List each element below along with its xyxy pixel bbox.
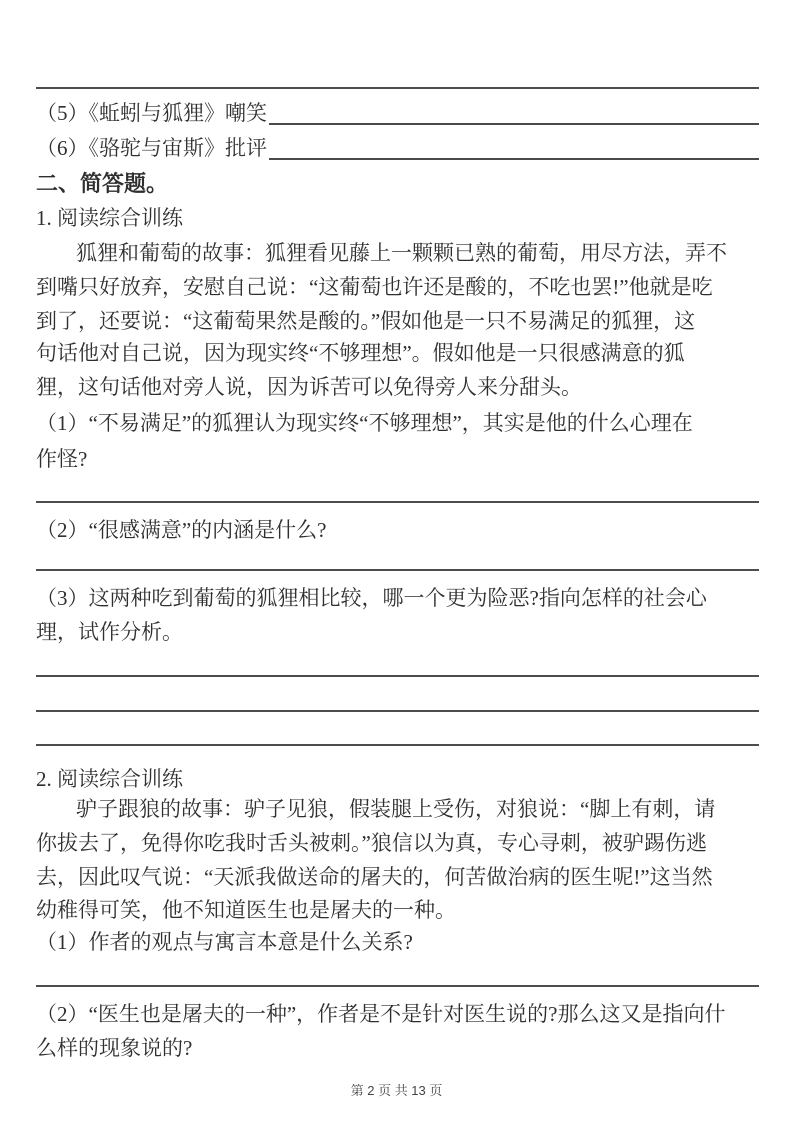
- passage-line: 驴子跟狼的故事：驴子见狼，假装腿上受伤，对狼说：“脚上有刺，请: [36, 792, 759, 827]
- passage-line: 到了，还要说：“这葡萄果然是酸的。”假如他是一只不易满足的狐狸，这: [36, 304, 759, 339]
- answer-line: [36, 710, 759, 712]
- question-line: （2）“很感满意”的内涵是什么?: [36, 513, 759, 548]
- fill-item-6-blank: [269, 131, 759, 160]
- answer-line: [36, 675, 759, 677]
- question-line: 作怪?: [36, 442, 759, 477]
- question-line: 么样的现象说的?: [36, 1031, 759, 1066]
- fill-item-5: （5）《蚯蚓与狐狸》嘲笑: [36, 96, 759, 131]
- page-number: 第 2 页 共 13 页: [0, 1080, 793, 1099]
- answer-line: [36, 501, 759, 503]
- fill-item-5-label: （5）《蚯蚓与狐狸》嘲笑: [36, 96, 267, 131]
- exercise-1-title: 1. 阅读综合训练: [36, 201, 759, 236]
- passage-line: 句话他对自己说，因为现实终“不够理想”。假如他是一只很感满意的狐: [36, 336, 759, 371]
- fill-item-6-label: （6）《骆驼与宙斯》批评: [36, 131, 267, 166]
- section-heading: 二、简答题。: [36, 166, 759, 201]
- question-line: （1）作者的观点与寓言本意是什么关系?: [36, 925, 759, 960]
- answer-line: [36, 744, 759, 746]
- question-line: （1）“不易满足”的狐狸认为现实终“不够理想”，其实是他的什么心理在: [36, 406, 759, 441]
- fill-item-5-blank: [269, 96, 759, 125]
- question-line: （3）这两种吃到葡萄的狐狸相比较，哪一个更为险恶?指向怎样的社会心: [36, 581, 759, 616]
- passage-line: 你拔去了，免得你吃我时舌头被刺。”狼信以为真，专心寻刺，被驴踢伤逃: [36, 826, 759, 861]
- passage-line: 幼稚得可笑，他不知道医生也是屠夫的一种。: [36, 893, 759, 928]
- fill-item-6: （6）《骆驼与宙斯》批评: [36, 131, 759, 166]
- passage-line: 狐狸和葡萄的故事：狐狸看见藤上一颗颗已熟的葡萄，用尽方法，弄不: [36, 236, 759, 271]
- answer-line: [36, 985, 759, 987]
- passage-line: 狸，这句话他对旁人说，因为诉苦可以免得旁人来分甜头。: [36, 370, 759, 405]
- worksheet-page: （5）《蚯蚓与狐狸》嘲笑 （6）《骆驼与宙斯》批评 二、简答题。 1. 阅读综合…: [0, 0, 793, 1122]
- question-line: 理，试作分析。: [36, 615, 759, 650]
- answer-line: [36, 87, 759, 89]
- passage-line: 去，因此叹气说：“天派我做送命的屠夫的，何苦做治病的医生呢!”这当然: [36, 860, 759, 895]
- question-line: （2）“医生也是屠夫的一种”，作者是不是针对医生说的?那么这又是指向什: [36, 997, 759, 1032]
- answer-line: [36, 569, 759, 571]
- passage-line: 到嘴只好放弃，安慰自己说：“这葡萄也许还是酸的，不吃也罢!”他就是吃: [36, 270, 759, 305]
